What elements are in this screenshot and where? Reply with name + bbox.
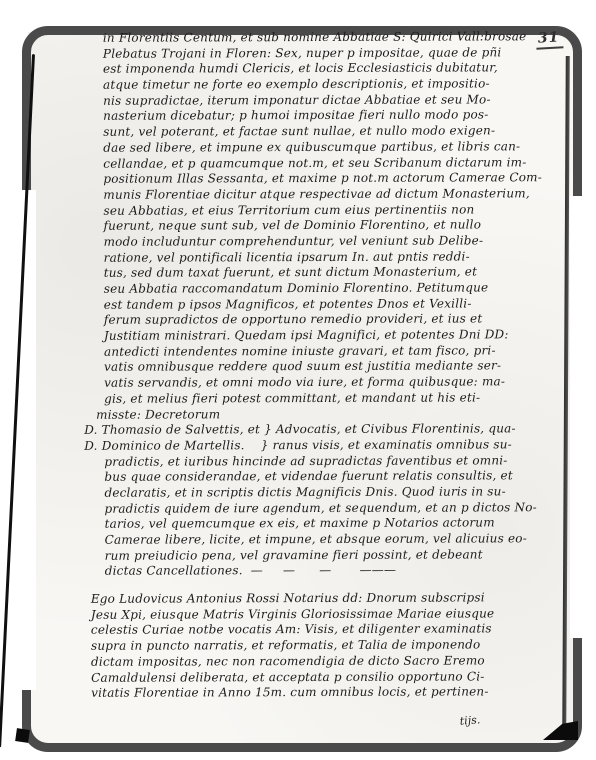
frame-fade-right: [570, 196, 596, 638]
manuscript-line: bus quae considerandae, et videndae fuer…: [104, 468, 534, 485]
manuscript-line: sunt, vel poterant, et factae sunt nulla…: [103, 123, 533, 140]
manuscript-line: nasterium dicebatur; p humoi impositae f…: [103, 108, 533, 125]
manuscript-line-decretorum: misste: Decretorum: [96, 406, 534, 423]
manuscript-line: D. Dominico de Martellis. } ranus visis,…: [84, 437, 534, 454]
manuscript-text: in Florentiis Centum, et sub nomine Abba…: [103, 29, 535, 701]
manuscript-line: vitatis Florentiae in Anno 15m. cum omni…: [91, 684, 535, 701]
manuscript-line: vatis omnibusque reddere quod suum est j…: [104, 359, 534, 376]
manuscript-line: Plebatus Trojani in Floren: Sex, nuper p…: [103, 45, 533, 62]
manuscript-line: Justitiam ministrari. Quedam ipsi Magnif…: [104, 327, 534, 344]
manuscript-line: fuerunt, neque sunt sub, vel de Dominio …: [103, 218, 533, 235]
manuscript-line: rum preiudicio pena, vel gravamine fieri…: [105, 547, 535, 564]
manuscript-line: est tandem p ipsos Magnificos, et potent…: [104, 296, 534, 313]
manuscript-line: modo includuntur comprehenduntur, vel ve…: [104, 233, 534, 250]
manuscript-line: ratione, vel pontificali licentia ipsaru…: [104, 249, 534, 266]
manuscript-line: cellandae, et p quamcumque not.m, et seu…: [103, 155, 533, 172]
manuscript-line: vatis servandis, et omni modo via iure, …: [104, 374, 534, 391]
manuscript-line: D. Thomasio de Salvettis, et } Advocatis…: [84, 421, 534, 438]
manuscript-line: atque timetur ne forte eo exemplo descri…: [103, 76, 533, 93]
manuscript-line: seu Abbatias, et eius Territorium cum ei…: [103, 202, 533, 219]
frame-fade-left: [14, 190, 36, 690]
manuscript-paragraph-1: in Florentiis Centum, et sub nomine Abba…: [103, 29, 534, 423]
manuscript-line: celestis Curiae notbe vocatis Am: Visis,…: [91, 622, 535, 639]
folio-number: 31: [536, 29, 564, 49]
manuscript-line: supra in puncto narratis, et reformatis,…: [91, 637, 535, 654]
manuscript-line: pradictis quidem de iure agendum, et seq…: [104, 500, 534, 517]
manuscript-line: seu Abbatia raccomandatum Dominio Floren…: [104, 280, 534, 297]
manuscript-line: gis, et melius fieri potest committant, …: [104, 390, 534, 407]
manuscript-line: declaratis, et in scriptis dictis Magnif…: [104, 484, 534, 501]
manuscript-line: dictam impositas, nec non racomendigia d…: [91, 653, 535, 670]
manuscript-line: ferum supradictos de opportuno remedio p…: [104, 312, 534, 329]
manuscript-line: Jesu Xpi, eiusque Matris Virginis Glorio…: [91, 606, 535, 623]
manuscript-line: munis Florentiae dicitur atque respectiv…: [103, 186, 533, 203]
manuscript-line: nis supradictae, iterum imponatur dictae…: [103, 92, 533, 109]
manuscript-paragraph-3: Ego Ludovicus Antonius Rossi Notarius dd…: [91, 590, 535, 701]
manuscript-line: antedicti intendentes nomine iniuste gra…: [104, 343, 534, 360]
manuscript-line: Ego Ludovicus Antonius Rossi Notarius dd…: [91, 590, 535, 607]
manuscript-line: in Florentiis Centum, et sub nomine Abba…: [103, 29, 533, 46]
scan-artifact-bottom-left: [15, 728, 30, 743]
manuscript-line: Camaldulensi deliberata, et acceptata p …: [91, 669, 535, 686]
manuscript-line: dae sed libere, et impune ex quibuscumqu…: [103, 139, 533, 156]
manuscript-paragraph-2: D. Thomasio de Salvettis, et } Advocatis…: [104, 421, 535, 579]
manuscript-line: pradictis, et iuribus hincinde ad suprad…: [104, 453, 534, 470]
manuscript-line: positionum Illas Sessanta, et maxime p n…: [103, 170, 533, 187]
manuscript-line: tarios, vel quemcumque ex eis, et maxime…: [105, 516, 535, 533]
manuscript-line: Camerae libere, licite, et impune, et ab…: [105, 531, 535, 548]
manuscript-line-cancellationes: dictas Cancellationes. — — — ———: [105, 563, 535, 580]
manuscript-line: est imponenda humdi Clericis, et locis E…: [103, 61, 533, 78]
manuscript-line: tus, sed dum taxat fuerunt, et sunt dict…: [104, 265, 534, 282]
